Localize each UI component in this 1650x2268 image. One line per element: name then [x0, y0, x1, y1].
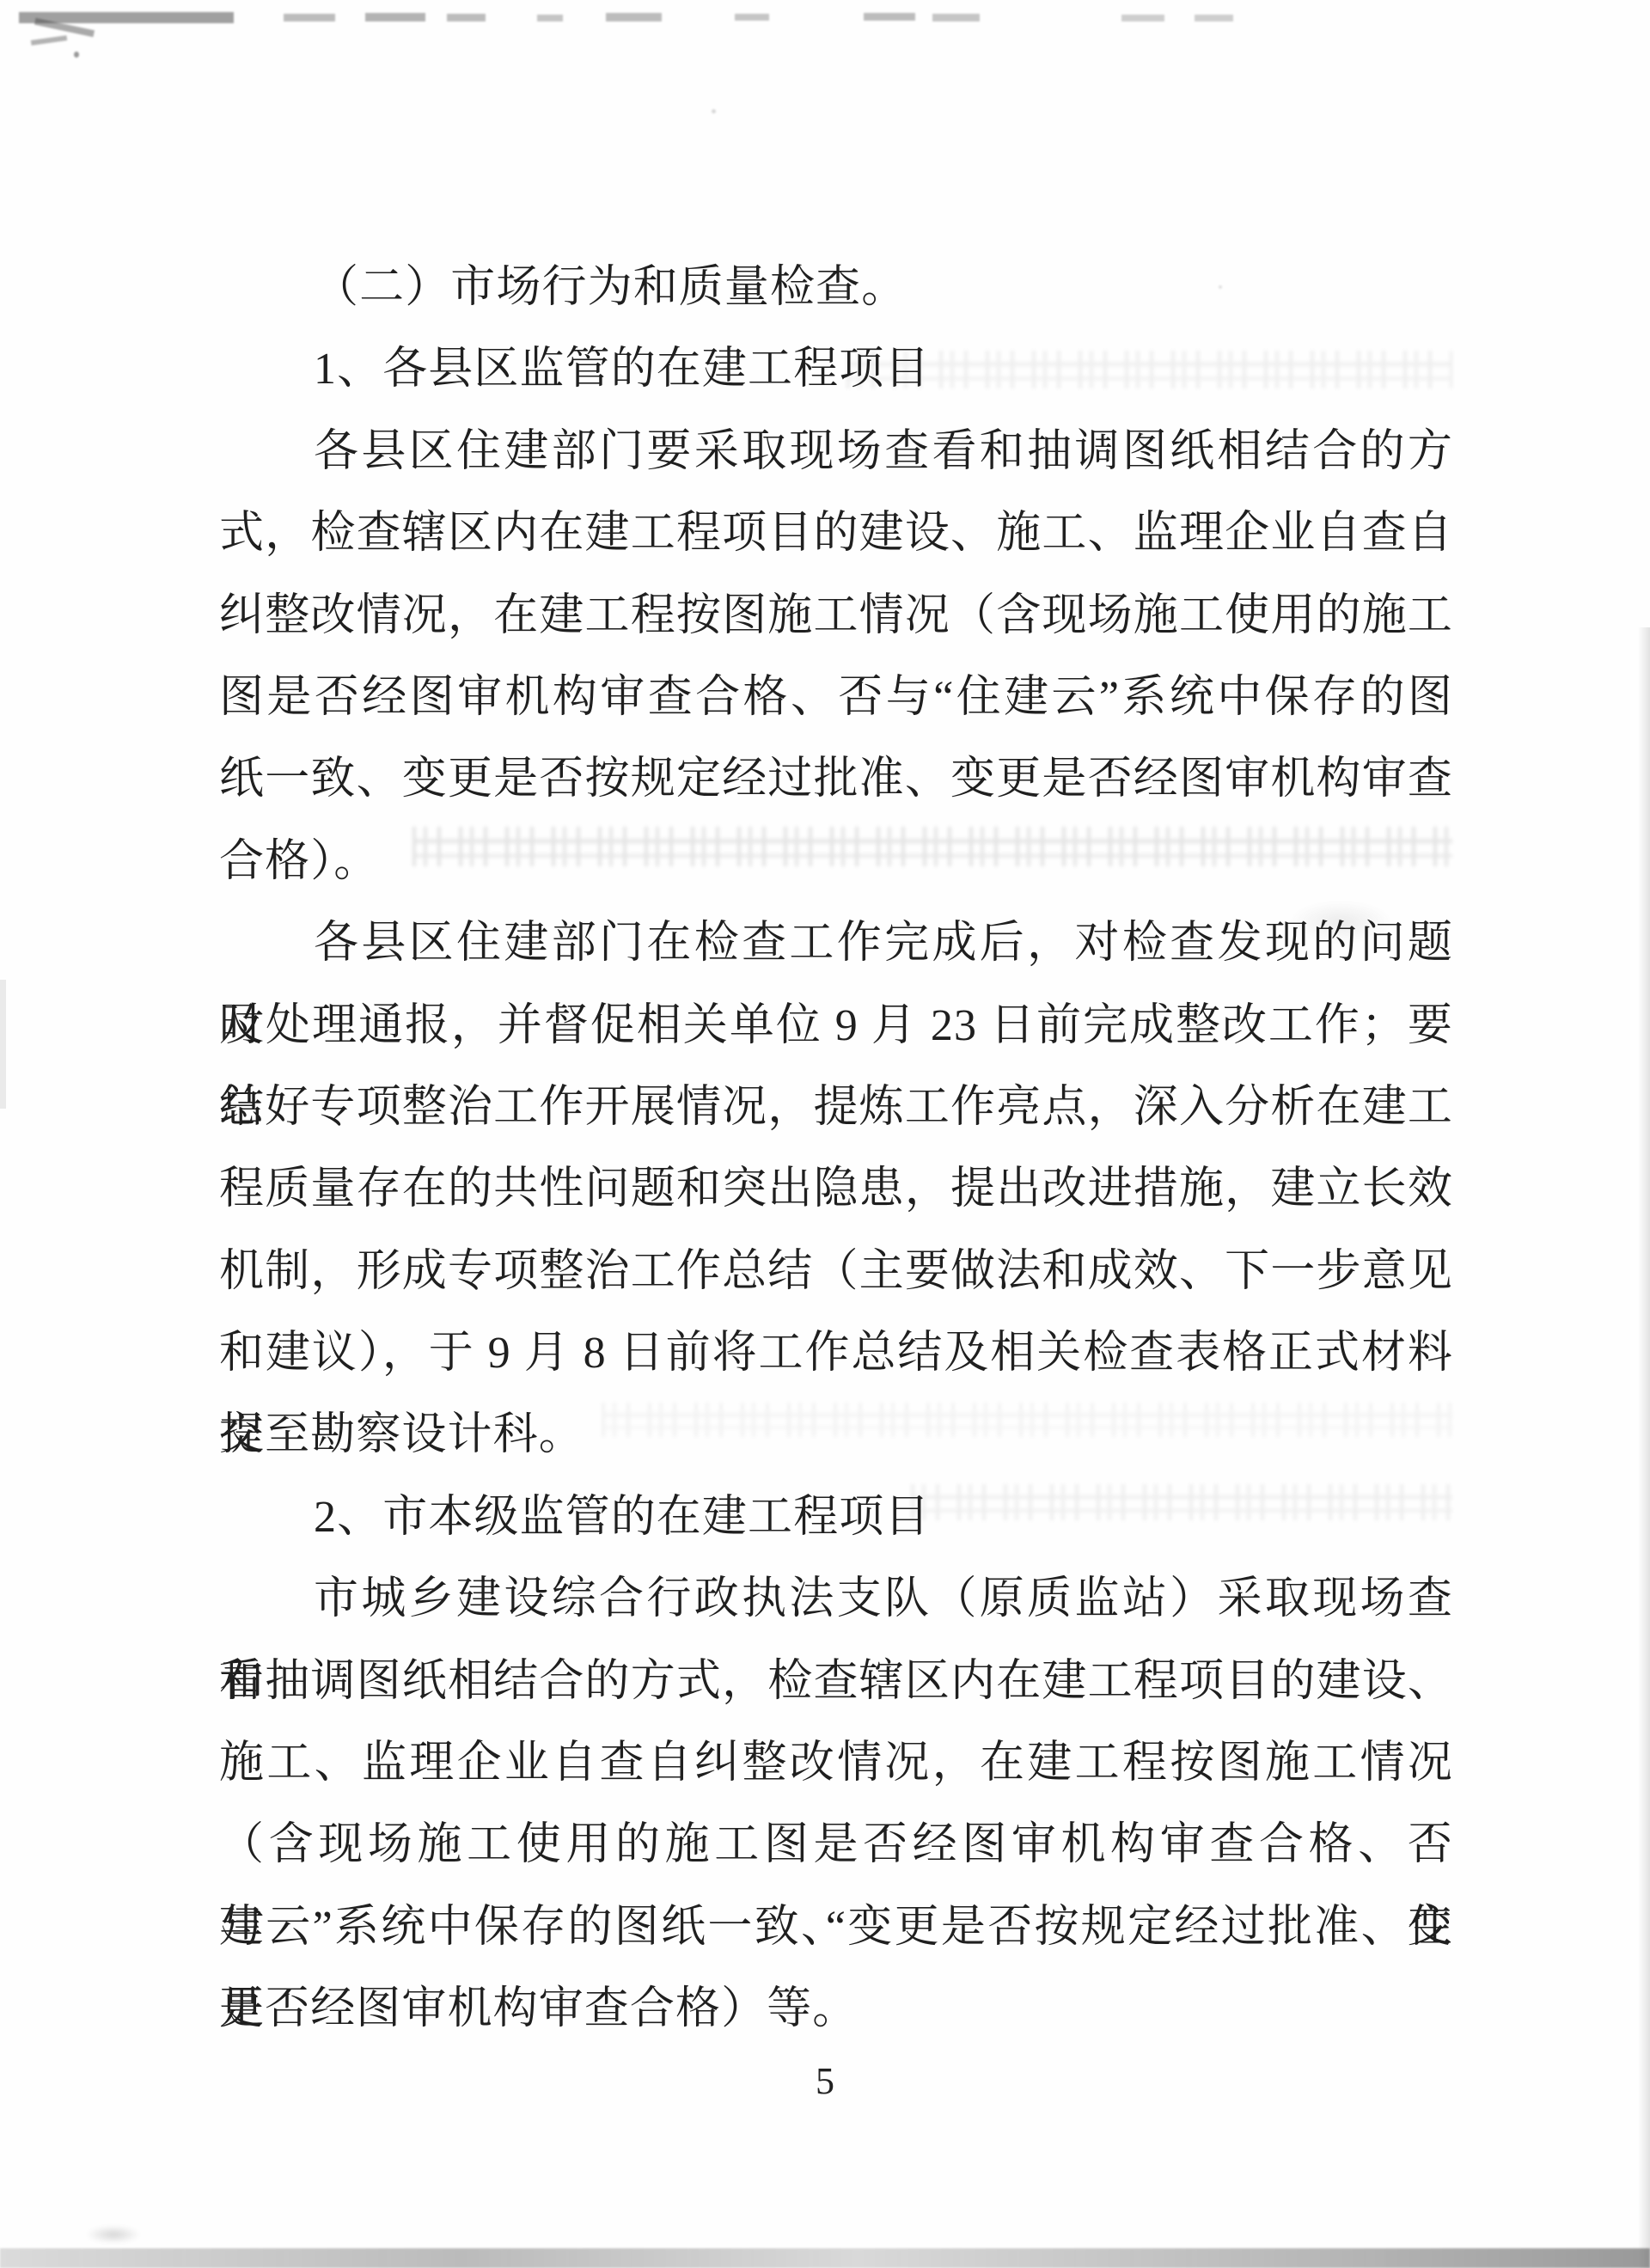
document-body: （二）市场行为和质量检查。 1、各县区监管的在建工程项目 各县区住建部门要采取现…: [219, 247, 1453, 2051]
scan-dot: [712, 109, 716, 113]
text-line: 各县区住建部门要采取现场查看和抽调图纸相结合的方: [219, 411, 1453, 492]
scan-smudge: [31, 35, 67, 46]
scan-edge-shadow-left: [0, 980, 6, 1109]
scan-smudge: [932, 14, 980, 21]
scan-smudge: [365, 13, 425, 21]
text-line: 时处理通报，并督促相关单位 9 月 23 日前完成整改工作；要总: [219, 985, 1453, 1067]
text-line: 式，检查辖区内在建工程项目的建设、施工、监理企业自查自: [219, 492, 1453, 574]
scan-smudge: [1195, 15, 1233, 21]
numbered-item: 2、市本级监管的在建工程项目: [219, 1476, 1453, 1558]
scan-smudge: [735, 14, 769, 21]
text-line: 结好专项整治工作开展情况，提炼工作亮点，深入分析在建工: [219, 1067, 1453, 1148]
numbered-item: 1、各县区监管的在建工程项目: [219, 328, 1453, 410]
scan-smudge: [606, 13, 662, 21]
text-line: 市城乡建设综合行政执法支队（原质监站）采取现场查看: [219, 1558, 1453, 1640]
scan-smudge: [284, 14, 335, 21]
text-line: 各县区住建部门在检查工作完成后，对检查发现的问题及: [219, 902, 1453, 984]
scan-smudge: [447, 14, 486, 21]
scan-edge-shadow-right: [1638, 627, 1650, 2268]
scan-smudge: [1121, 15, 1164, 21]
text-line: 是否经图审机构审查合格）等。: [219, 1968, 1453, 2050]
scan-smudge: [864, 13, 915, 21]
scan-stain: [86, 2226, 141, 2243]
scan-smudge: [537, 15, 563, 21]
text-line: 和建议），于 9 月 8 日前将工作总结及相关检查表格正式材料提: [219, 1312, 1453, 1394]
scan-dot: [74, 52, 79, 58]
page-number: 5: [0, 2056, 1650, 2107]
scanned-document-page: （二）市场行为和质量检查。 1、各县区监管的在建工程项目 各县区住建部门要采取现…: [0, 0, 1650, 2268]
text-line: 纠整改情况，在建工程按图施工情况（含现场施工使用的施工: [219, 575, 1453, 657]
text-line: 图是否经图审机构审查合格、否与“住建云”系统中保存的图: [219, 657, 1453, 738]
text-line: 施工、监理企业自查自纠整改情况，在建工程按图施工情况: [219, 1722, 1453, 1804]
text-line: 纸一致、变更是否按规定经过批准、变更是否经图审机构审查: [219, 738, 1453, 820]
text-line: 交至勘察设计科。: [219, 1394, 1453, 1476]
text-line: 和抽调图纸相结合的方式，检查辖区内在建工程项目的建设、: [219, 1641, 1453, 1722]
heading-line: （二）市场行为和质量检查。: [219, 247, 1453, 328]
text-line: 建云”系统中保存的图纸一致、变更是否按规定经过批准、变更: [219, 1886, 1453, 1968]
text-line: 程质量存在的共性问题和突出隐患，提出改进措施，建立长效: [219, 1148, 1453, 1230]
text-line: 合格）。: [219, 821, 1453, 902]
text-line: （含现场施工使用的施工图是否经图审机构审查合格、否与“住: [219, 1804, 1453, 1886]
scan-edge-shadow-bottom: [0, 2248, 1650, 2268]
text-line: 机制，形成专项整治工作总结（主要做法和成效、下一步意见: [219, 1231, 1453, 1312]
